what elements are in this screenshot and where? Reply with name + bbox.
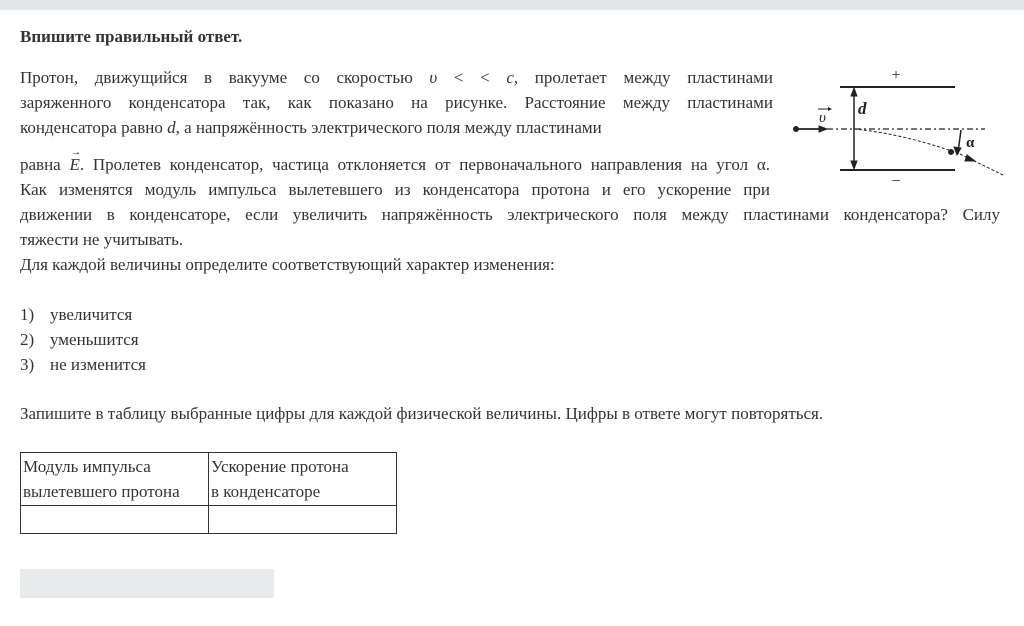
answer-input-momentum[interactable]	[23, 508, 206, 533]
svg-text:α: α	[966, 135, 975, 151]
instruction-heading: Впишите правильный ответ.	[20, 27, 242, 47]
problem-line: тяжести не учитывать.	[20, 227, 1000, 252]
option-item: 1)увеличится	[20, 302, 146, 327]
problem-line: Для каждой величины определите соответст…	[20, 252, 1000, 277]
top-bar	[0, 0, 1024, 10]
problem-line: равна E. Пролетев конденсатор, частица о…	[20, 152, 770, 177]
header-acceleration: Ускорение протонав конденсаторе	[209, 453, 397, 506]
answer-input-acceleration[interactable]	[211, 508, 394, 533]
problem-paragraph-1: Протон, движущийся в вакууме со скорость…	[20, 65, 773, 140]
options-list: 1)увеличится 2)уменьшится 3)не изменится	[20, 302, 146, 377]
problem-paragraph-2: равна E. Пролетев конденсатор, частица о…	[20, 152, 1000, 277]
answer-cell-acceleration[interactable]	[209, 506, 397, 534]
write-instruction: Запишите в таблицу выбранные цифры для к…	[20, 401, 823, 426]
header-momentum: Модуль импульсавылетевшего протона	[21, 453, 209, 506]
submit-button[interactable]	[20, 569, 274, 598]
problem-line: конденсатора равно d, а напряжённость эл…	[20, 115, 773, 140]
svg-text:+: +	[891, 67, 900, 84]
problem-line: заряженного конденсатора так, как показа…	[20, 90, 773, 115]
option-item: 3)не изменится	[20, 352, 146, 377]
problem-line: движении в конденсаторе, если увеличить …	[20, 202, 1000, 227]
vector-e: E	[69, 152, 79, 177]
answer-cell-momentum[interactable]	[21, 506, 209, 534]
problem-line: Протон, движущийся в вакууме со скорость…	[20, 65, 773, 90]
svg-text:d: d	[858, 99, 867, 118]
answer-table: Модуль импульсавылетевшего протона Ускор…	[20, 452, 397, 534]
problem-line: Как изменятся модуль импульса вылетевшег…	[20, 177, 770, 202]
option-item: 2)уменьшится	[20, 327, 146, 352]
svg-text:υ: υ	[819, 110, 826, 126]
